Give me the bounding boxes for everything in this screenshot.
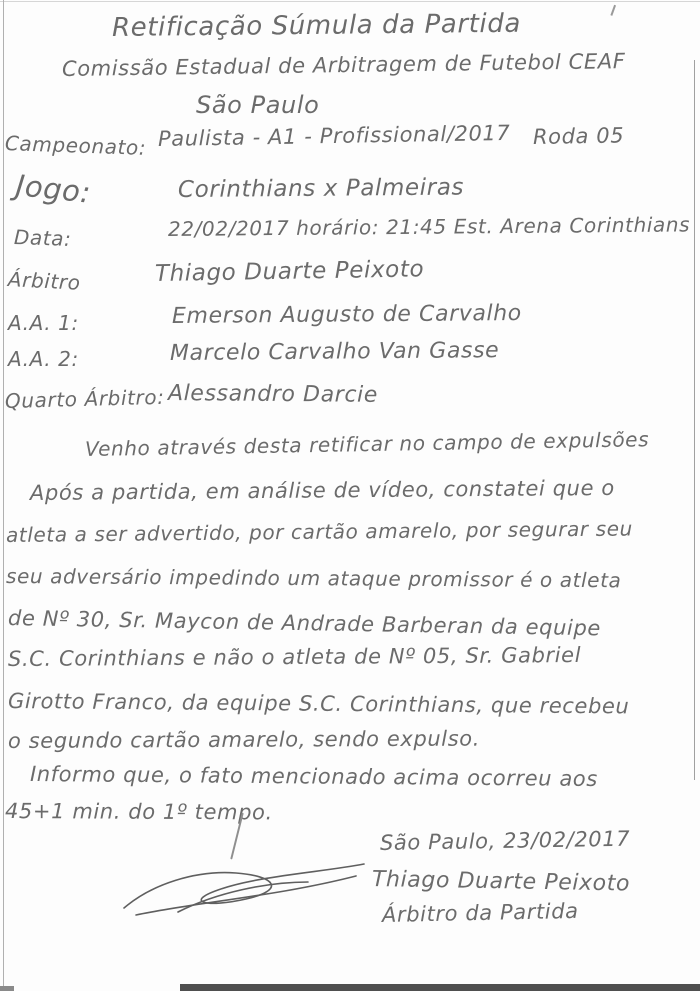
stray-pen-mark xyxy=(610,5,622,18)
field-value-jogo: Corinthians x Palmeiras xyxy=(178,176,464,204)
scanned-document-page: Retificação Súmula da Partida Comissão E… xyxy=(0,0,700,991)
field-value-assistant-2: Marcelo Carvalho Van Gasse xyxy=(170,339,499,366)
field-value-assistant-1: Emerson Augusto de Carvalho xyxy=(172,302,522,329)
field-label-data: Data: xyxy=(14,226,72,250)
field-value-data: 22/02/2017 horário: 21:45 Est. Arena Cor… xyxy=(168,213,690,240)
body-line-5: de Nº 30, Sr. Maycon de Andrade Barberan… xyxy=(8,607,601,640)
body-line-4: seu adversário impedindo um ataque promi… xyxy=(6,565,622,591)
field-label-campeonato: Campeonato: xyxy=(5,132,147,159)
body-line-6: S.C. Corinthians e não o atleta de Nº 05… xyxy=(8,644,581,671)
scan-edge-right xyxy=(694,60,695,780)
field-label-arbitro: Árbitro xyxy=(7,268,81,294)
field-label-assistant-2: A.A. 2: xyxy=(8,348,79,370)
body-line-2: Após a partida, em análise de vídeo, con… xyxy=(30,477,615,505)
footer-place-date: São Paulo, 23/02/2017 xyxy=(380,828,631,855)
field-value-fourth-official: Alessandro Darcie xyxy=(168,382,378,408)
referee-signature-scribble xyxy=(118,852,398,924)
document-title: Retificação Súmula da Partida xyxy=(112,10,521,43)
field-label-fourth-official: Quarto Árbitro: xyxy=(5,386,165,412)
body-line-3: atleta a ser advertido, por cartão amare… xyxy=(6,517,633,546)
body-line-10: 45+1 min. do 1º tempo. xyxy=(5,800,273,824)
city-name: São Paulo xyxy=(196,92,319,118)
field-value-campeonato: Paulista - A1 - Profissional/2017 xyxy=(158,122,511,151)
signature-name: Thiago Duarte Peixoto xyxy=(372,868,630,897)
scan-edge-top xyxy=(0,1,700,2)
scan-edge-bottom xyxy=(180,984,700,991)
body-line-9: Informo que, o fato mencionado acima oco… xyxy=(30,763,598,791)
field-value-arbitro: Thiago Duarte Peixoto xyxy=(155,257,425,287)
field-label-assistant-1: A.A. 1: xyxy=(8,312,79,334)
signature-role: Árbitro da Partida xyxy=(382,900,579,927)
body-line-1: Venho através desta retificar no campo d… xyxy=(85,428,649,460)
field-label-jogo: Jogo: xyxy=(14,170,92,210)
scan-edge-corner xyxy=(0,986,14,991)
field-value-round: Roda 05 xyxy=(533,124,625,149)
body-line-7: Girotto Franco, da equipe S.C. Corinthia… xyxy=(8,690,630,719)
body-line-8: o segundo cartão amarelo, sendo expulso. xyxy=(8,728,480,754)
organization-name: Comissão Estadual de Arbitragem de Futeb… xyxy=(62,50,626,81)
